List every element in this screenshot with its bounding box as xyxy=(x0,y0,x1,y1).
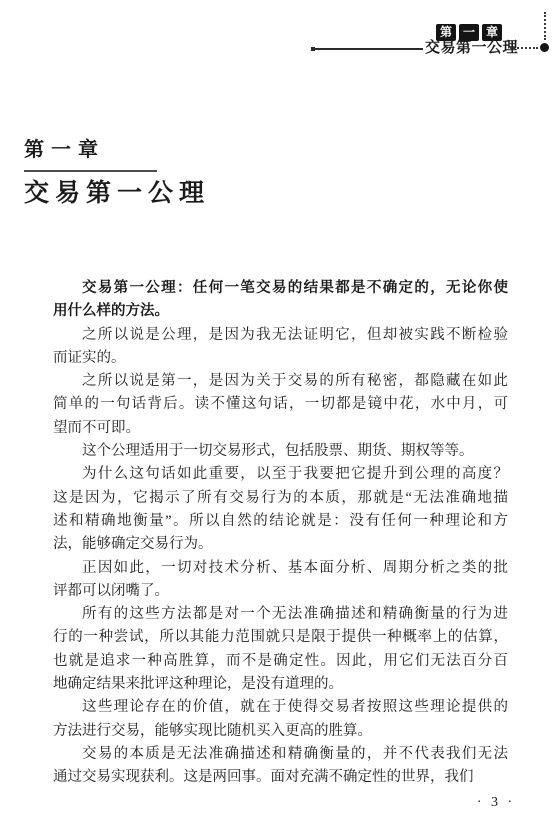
body-line: 行的一种尝试，所以其能力范围就只是限于提供一种概率上的估算， xyxy=(53,626,508,649)
header-vertical-dots xyxy=(544,12,546,40)
paragraph: 这些理论存在的价值，就在于使得交易者按照这些理论提供的方法进行交易，能够实现比随… xyxy=(53,696,508,743)
paragraph: 交易的本质是无法准确描述和精确衡量的，并不代表我们无法通过交易实现获利。这是两回… xyxy=(53,743,508,790)
body-line: 交易的本质是无法准确描述和精确衡量的，并不代表我们无法 xyxy=(53,743,508,766)
body-line: 所有的这些方法都是对一个无法准确描述和精确衡量的行为进 xyxy=(53,603,508,626)
book-page: 第 一 章 交易第一公理 第一章 交易第一公理 交易第一公理：任何一笔交易的结果… xyxy=(0,0,553,833)
page-number: · 3 · xyxy=(468,795,524,811)
body-line: 之所以说是第一，是因为关于交易的所有秘密，都隐藏在如此 xyxy=(53,370,508,393)
paragraph: 交易第一公理：任何一笔交易的结果都是不确定的，无论你使用什么样的方法。 xyxy=(53,277,508,324)
paragraph: 为什么这句话如此重要，以至于我要把它提升到公理的高度？这是因为，它揭示了所有交易… xyxy=(53,463,508,556)
chapter-title-block: 第一章 交易第一公理 xyxy=(24,139,210,207)
body-line: 述和精确地衡量”。所以自然的结论就是：没有任何一种理论和方 xyxy=(53,510,508,533)
body-line: 为什么这句话如此重要，以至于我要把它提升到公理的高度？ xyxy=(53,463,508,486)
body-line: 地确定结果来批评这种理论，是没有道理的。 xyxy=(53,673,508,696)
chapter-title-heading: 交易第一公理 xyxy=(24,180,210,207)
header-dot-leader xyxy=(510,47,538,49)
header-bullet-icon xyxy=(540,43,549,52)
paragraph: 之所以说是第一，是因为关于交易的所有秘密，都隐藏在如此简单的一句话背后。读不懂这… xyxy=(53,370,508,440)
body-line: 法，能够确定交易行为。 xyxy=(53,533,508,556)
body-text: 交易第一公理：任何一笔交易的结果都是不确定的，无论你使用什么样的方法。之所以说是… xyxy=(53,277,508,790)
body-line: 之所以说是公理，是因为我无法证明它，但却被实践不断检验 xyxy=(53,324,508,347)
body-line: 正因如此，一切对技术分析、基本面分析、周期分析之类的批 xyxy=(53,557,508,580)
body-line: 这个公理适用于一切交易形式，包括股票、期货、期权等等。 xyxy=(53,440,508,463)
paragraph: 这个公理适用于一切交易形式，包括股票、期货、期权等等。 xyxy=(53,440,508,463)
body-line: 交易第一公理：任何一笔交易的结果都是不确定的，无论你使 xyxy=(53,277,508,300)
body-line: 而证实的。 xyxy=(53,347,508,370)
body-line: 评都可以闭嘴了。 xyxy=(53,580,508,603)
body-line: 望而不可即。 xyxy=(53,417,508,440)
body-line: 这些理论存在的价值，就在于使得交易者按照这些理论提供的 xyxy=(53,696,508,719)
body-line: 通过交易实现获利。这是两回事。面对充满不确定性的世界，我们 xyxy=(53,766,508,789)
body-line: 用什么样的方法。 xyxy=(53,300,508,323)
body-line: 简单的一句话背后。读不懂这句话，一切都是镜中花，水中月，可 xyxy=(53,393,508,416)
paragraph: 之所以说是公理，是因为我无法证明它，但却被实践不断检验而证实的。 xyxy=(53,324,508,371)
chapter-number-heading: 第一章 xyxy=(24,139,210,161)
body-line: 方法进行交易，能够实现比随机买入更高的胜算。 xyxy=(53,720,508,743)
header-rule-line xyxy=(311,48,423,50)
title-divider-line xyxy=(24,170,157,172)
paragraph: 所有的这些方法都是对一个无法准确描述和精确衡量的行为进行的一种尝试，所以其能力范… xyxy=(53,603,508,696)
body-line: 这是因为，它揭示了所有交易行为的本质，那就是“无法准确地描 xyxy=(53,487,508,510)
running-header-title: 交易第一公理 xyxy=(425,39,518,57)
paragraph: 正因如此，一切对技术分析、基本面分析、周期分析之类的批评都可以闭嘴了。 xyxy=(53,557,508,604)
body-line: 也就是追求一种高胜算，而不是确定性。因此，用它们无法百分百 xyxy=(53,650,508,673)
